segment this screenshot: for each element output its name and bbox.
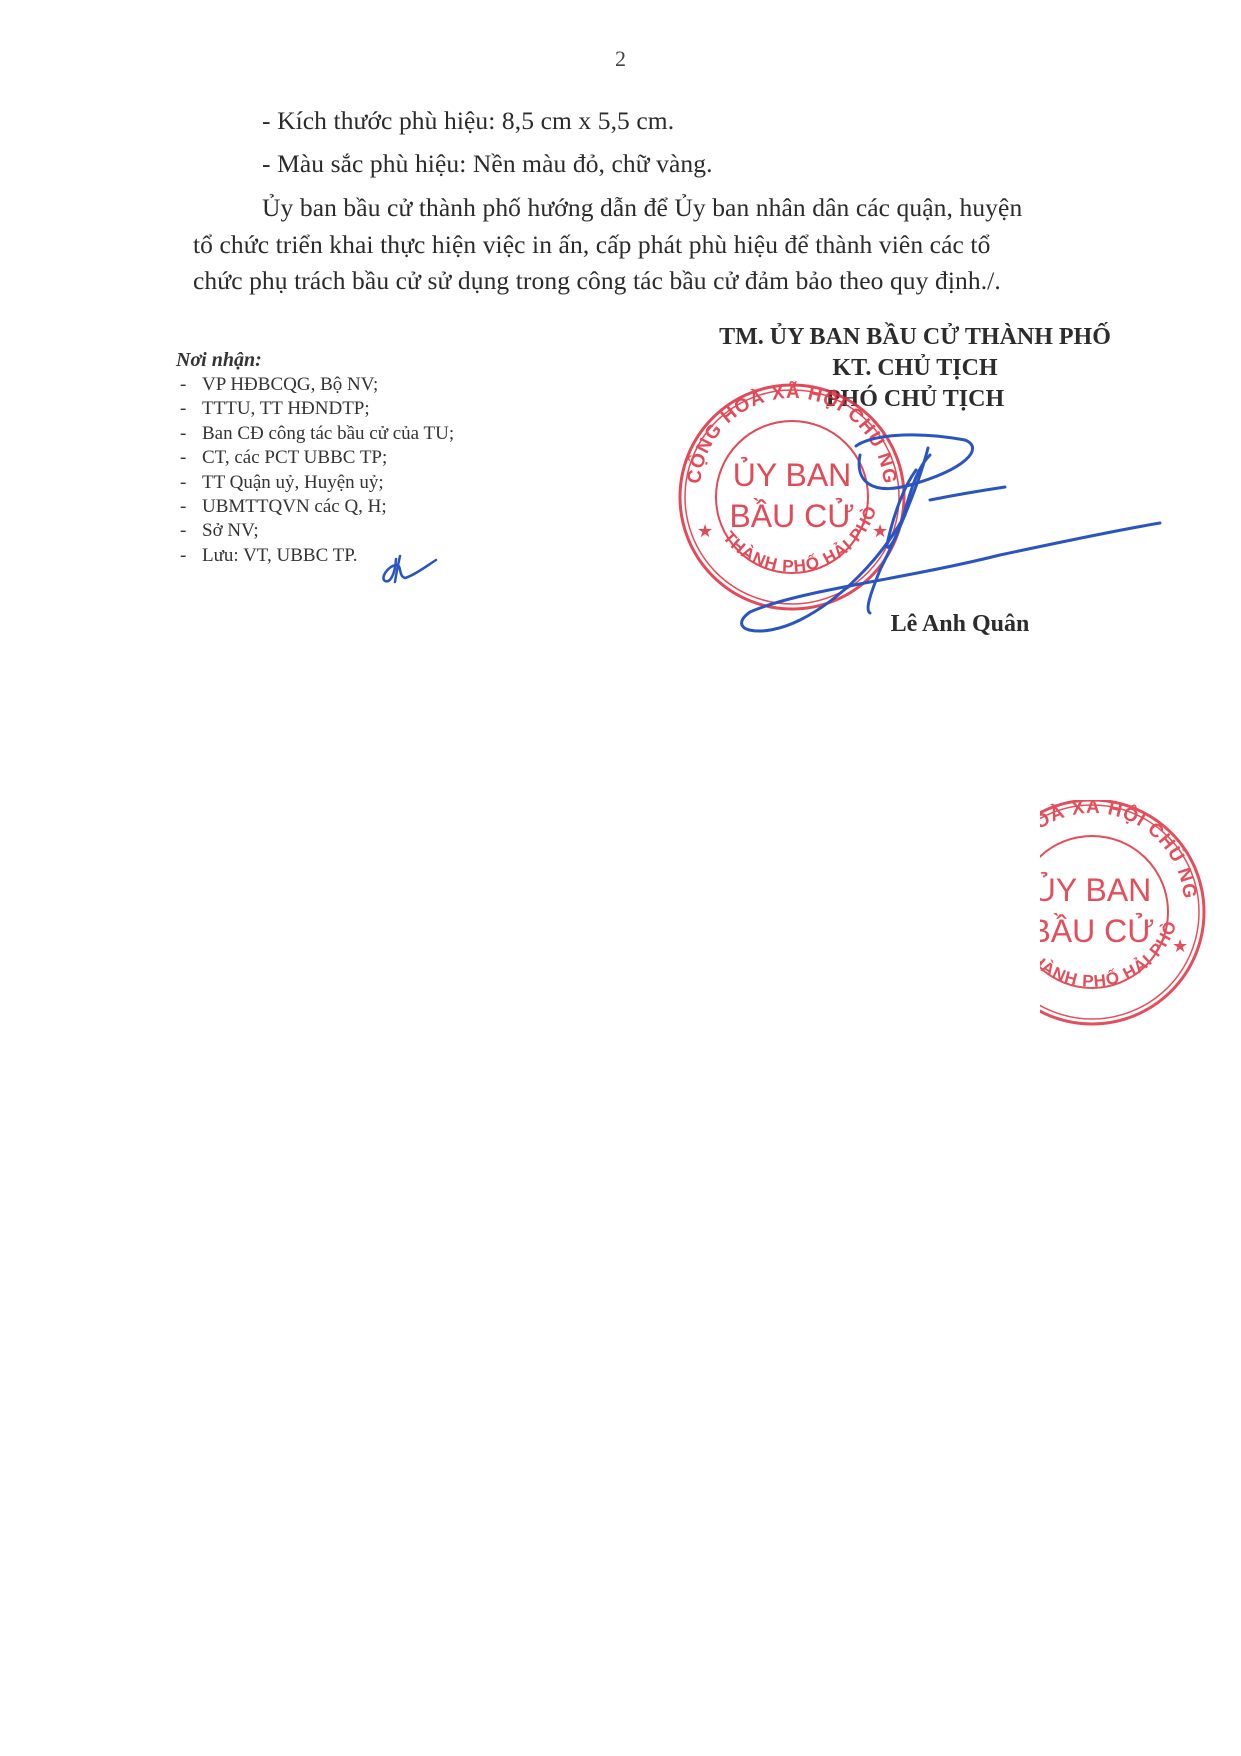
recipient-item: -UBMTTQVN các Q, H; bbox=[176, 495, 454, 519]
badge-color-line: - Màu sắc phù hiệu: Nền màu đỏ, chữ vàng… bbox=[262, 149, 713, 179]
recipient-item: -VP HĐBCQG, Bộ NV; bbox=[176, 373, 454, 397]
official-seal-icon: CỘNG HOÀ XÃ HỘI CHỦ NGHĨA VIỆT NAM THÀNH… bbox=[0, 0, 1241, 1756]
svg-text:★: ★ bbox=[872, 521, 888, 541]
recipient-item: -Sở NV; bbox=[176, 519, 454, 543]
svg-text:BẦU CỬ: BẦU CỬ bbox=[729, 498, 854, 534]
badge-size-line: - Kích thước phù hiệu: 8,5 cm x 5,5 cm. bbox=[262, 106, 674, 136]
paragraph-line: Ủy ban bầu cử thành phố hướng dẫn để Ủy … bbox=[262, 193, 1022, 223]
paragraph-line: tổ chức triển khai thực hiện việc in ấn,… bbox=[193, 230, 990, 260]
svg-text:★: ★ bbox=[1172, 936, 1188, 956]
recipient-item: -TTTU, TT HĐNDTP; bbox=[176, 397, 454, 421]
signer-name: Lê Anh Quân bbox=[660, 611, 1241, 638]
recipient-item: -CT, các PCT UBBC TP; bbox=[176, 446, 454, 470]
svg-text:ỦY BAN: ỦY BAN bbox=[733, 457, 852, 493]
handwritten-signature-icon bbox=[742, 435, 1160, 631]
recipient-item: -Ban CĐ công tác bầu cử của TU; bbox=[176, 422, 454, 446]
paragraph-line: chức phụ trách bầu cử sử dụng trong công… bbox=[193, 266, 1001, 296]
signature-title-line: PHÓ CHỦ TỊCH bbox=[660, 384, 1170, 415]
page-number: 2 bbox=[0, 46, 1241, 72]
recipient-item: -TT Quận uỷ, Huyện uỷ; bbox=[176, 471, 454, 495]
recipients-title: Nơi nhận: bbox=[176, 349, 454, 372]
signature-heading: TM. ỦY BAN BẦU CỬ THÀNH PHỐ KT. CHỦ TỊCH… bbox=[660, 322, 1170, 415]
recipients-block: Nơi nhận: -VP HĐBCQG, Bộ NV; -TTTU, TT H… bbox=[176, 349, 454, 568]
signature-org-line: TM. ỦY BAN BẦU CỬ THÀNH PHỐ bbox=[660, 322, 1170, 353]
svg-text:ỦY BAN: ỦY BAN bbox=[1033, 872, 1152, 908]
recipient-item: -Lưu: VT, UBBC TP. bbox=[176, 544, 454, 568]
signature-role-line: KT. CHỦ TỊCH bbox=[660, 353, 1170, 384]
svg-text:★: ★ bbox=[697, 521, 713, 541]
svg-text:BẦU CỬ: BẦU CỬ bbox=[1029, 913, 1154, 949]
